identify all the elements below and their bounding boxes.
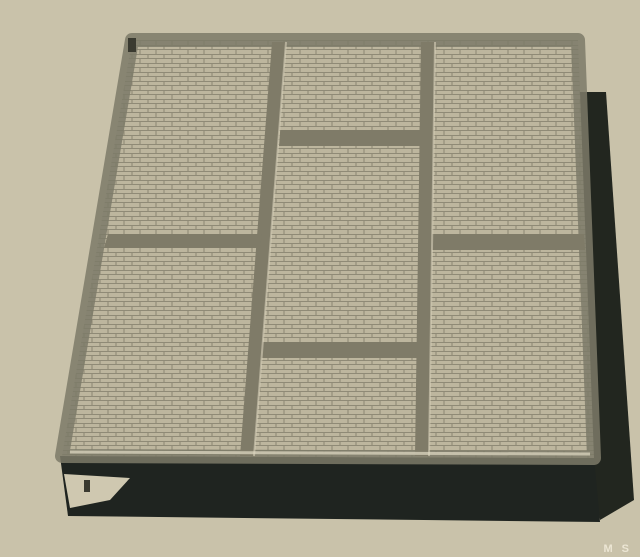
photo-credit: M S — [603, 543, 632, 555]
photo-scene — [0, 0, 640, 557]
